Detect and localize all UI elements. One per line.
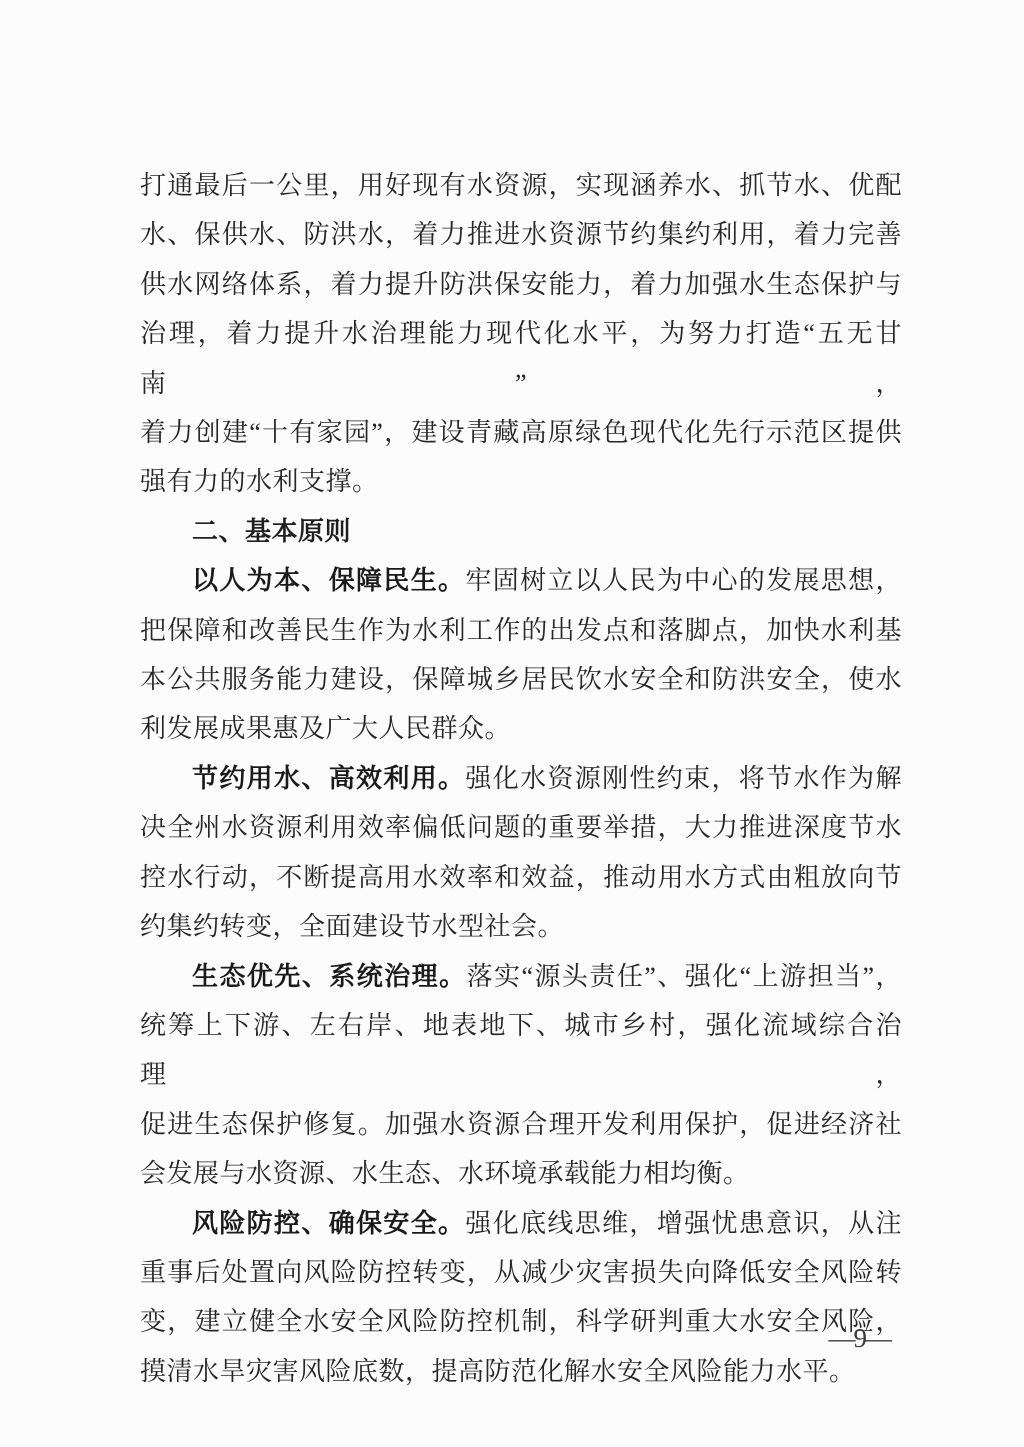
text-line: 风险防控、确保安全。强化底线思维，增强忧患意识，从注 [140, 1199, 902, 1248]
text-line: 统筹上下游、左右岸、地表地下、城市乡村，强化流域综合治理， [140, 1001, 902, 1100]
text-line: 着力创建“十有家园”，建设青藏高原绿色现代化先行示范区提供 [140, 408, 902, 457]
bold-lead-in: 节约用水、高效利用。 [192, 764, 465, 793]
document-body: 打通最后一公里，用好现有水资源，实现涵养水、抓节水、优配水、保供水、防洪水，着力… [140, 161, 902, 1396]
text-line: 把保障和改善民生作为水利工作的出发点和落脚点，加快水利基 [140, 606, 902, 655]
text-line: 变，建立健全水安全风险防控机制，科学研判重大水安全风险， [140, 1297, 902, 1346]
text-line: 强有力的水利支撑。 [140, 457, 902, 506]
text-line: 促进生态保护修复。加强水资源合理开发利用保护，促进经济社 [140, 1100, 902, 1149]
section-heading: 二、基本原则 [140, 507, 902, 556]
text-line: 决全州水资源利用效率偏低问题的重要举措，大力推进深度节水 [140, 803, 902, 852]
text-line: 水、保供水、防洪水，着力推进水资源节约集约利用，着力完善 [140, 210, 902, 259]
bold-lead-in: 生态优先、系统治理。 [192, 962, 467, 991]
bold-lead-in: 风险防控、确保安全。 [192, 1209, 465, 1238]
text-line: 节约用水、高效利用。强化水资源刚性约束，将节水作为解 [140, 754, 902, 803]
text-line: 会发展与水资源、水生态、水环境承载能力相均衡。 [140, 1149, 902, 1198]
bold-lead-in: 以人为本、保障民生。 [192, 566, 465, 595]
text-line: 以人为本、保障民生。牢固树立以人民为中心的发展思想， [140, 556, 902, 605]
text-line: 治理，着力提升水治理能力现代化水平，为努力打造“五无甘南”， [140, 309, 902, 408]
page-number: —9— [829, 1318, 891, 1358]
text-line: 供水网络体系，着力提升防洪保安能力，着力加强水生态保护与 [140, 260, 902, 309]
text-line: 利发展成果惠及广大人民群众。 [140, 704, 902, 753]
text-line: 摸清水旱灾害风险底数，提高防范化解水安全风险能力水平。 [140, 1347, 902, 1396]
text-line: 生态优先、系统治理。落实“源头责任”、强化“上游担当”， [140, 952, 902, 1001]
text-line: 本公共服务能力建设，保障城乡居民饮水安全和防洪安全，使水 [140, 655, 902, 704]
text-line: 约集约转变，全面建设节水型社会。 [140, 902, 902, 951]
text-line: 打通最后一公里，用好现有水资源，实现涵养水、抓节水、优配 [140, 161, 902, 210]
document-page: 打通最后一公里，用好现有水资源，实现涵养水、抓节水、优配水、保供水、防洪水，着力… [0, 0, 1024, 1447]
text-line: 重事后处置向风险防控转变，从减少灾害损失向降低安全风险转 [140, 1248, 902, 1297]
text-line: 控水行动，不断提高用水效率和效益，推动用水方式由粗放向节 [140, 853, 902, 902]
